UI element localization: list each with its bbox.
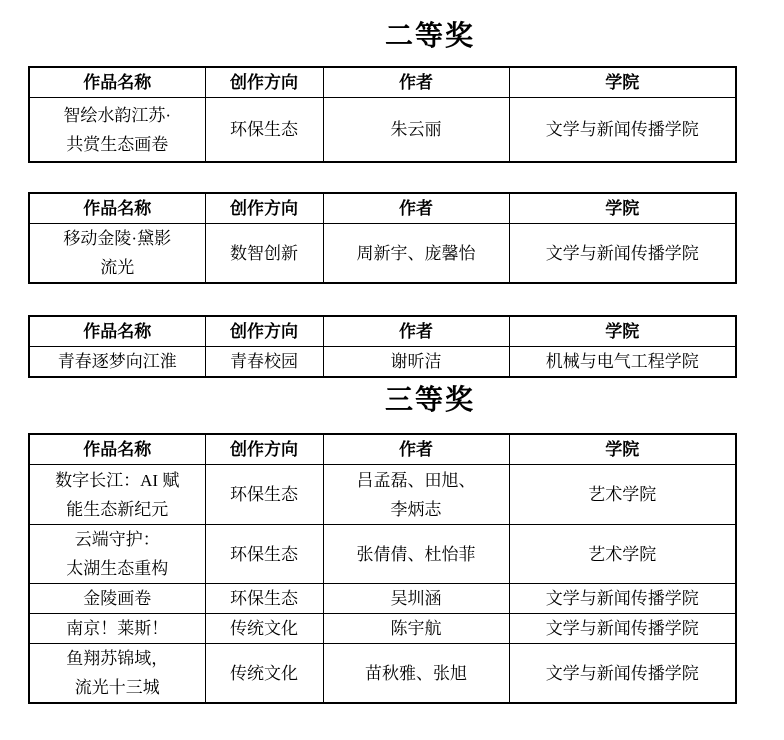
table-cell: 鱼翔苏锦域， 流光十三城 [29,644,205,704]
column-header: 创作方向 [205,67,323,98]
table-cell: 文学与新闻传播学院 [509,584,736,614]
table-cell: 吕孟磊、田旭、 李炳志 [323,465,509,525]
table-cell: 张倩倩、杜怡菲 [323,525,509,584]
table-cell: 传统文化 [205,614,323,644]
table-row: 金陵画卷环保生态吴圳涵文学与新闻传播学院 [29,584,736,614]
column-header: 学院 [509,193,736,224]
column-header: 学院 [509,316,736,347]
third-prize-table: 作品名称创作方向作者学院数字长江：AI 赋 能生态新纪元环保生态吕孟磊、田旭、 … [28,433,737,704]
column-header: 作品名称 [29,67,205,98]
table-row: 青春逐梦向江淮青春校园谢昕洁机械与电气工程学院 [29,347,736,378]
header-row: 作品名称创作方向作者学院 [29,316,736,347]
table-row: 云端守护： 太湖生态重构环保生态张倩倩、杜怡菲艺术学院 [29,525,736,584]
table-row: 智绘水韵江苏· 共赏生态画卷环保生态朱云丽文学与新闻传播学院 [29,98,736,163]
table-cell: 周新宇、庞馨怡 [323,224,509,284]
table-row: 移动金陵·黛影 流光数智创新周新宇、庞馨怡文学与新闻传播学院 [29,224,736,284]
column-header: 作者 [323,316,509,347]
table-cell: 数字长江：AI 赋 能生态新纪元 [29,465,205,525]
column-header: 作品名称 [29,434,205,465]
column-header: 创作方向 [205,193,323,224]
column-header: 作品名称 [29,316,205,347]
table-cell: 南京！莱斯！ [29,614,205,644]
table-cell: 传统文化 [205,644,323,704]
table-cell: 环保生态 [205,525,323,584]
table-cell: 文学与新闻传播学院 [509,644,736,704]
table-cell: 环保生态 [205,465,323,525]
section-title-second-prize: 二等奖 [38,20,784,54]
column-header: 学院 [509,67,736,98]
table-cell: 青春逐梦向江淮 [29,347,205,378]
table-cell: 环保生态 [205,98,323,163]
table-cell: 苗秋雅、张旭 [323,644,509,704]
table-cell: 文学与新闻传播学院 [509,98,736,163]
table-row: 南京！莱斯！传统文化陈宇航文学与新闻传播学院 [29,614,736,644]
header-row: 作品名称创作方向作者学院 [29,67,736,98]
column-header: 创作方向 [205,434,323,465]
header-row: 作品名称创作方向作者学院 [29,193,736,224]
second-prize-table-2: 作品名称创作方向作者学院移动金陵·黛影 流光数智创新周新宇、庞馨怡文学与新闻传播… [28,192,737,284]
header-row: 作品名称创作方向作者学院 [29,434,736,465]
column-header: 作者 [323,193,509,224]
column-header: 作品名称 [29,193,205,224]
table-cell: 朱云丽 [323,98,509,163]
table-cell: 数智创新 [205,224,323,284]
table-cell: 谢昕洁 [323,347,509,378]
second-prize-table-1: 作品名称创作方向作者学院智绘水韵江苏· 共赏生态画卷环保生态朱云丽文学与新闻传播… [28,66,737,163]
table-cell: 艺术学院 [509,465,736,525]
table-cell: 移动金陵·黛影 流光 [29,224,205,284]
section-title-third-prize: 三等奖 [38,384,784,418]
column-header: 作者 [323,67,509,98]
table-cell: 文学与新闻传播学院 [509,224,736,284]
table-cell: 机械与电气工程学院 [509,347,736,378]
table-cell: 金陵画卷 [29,584,205,614]
table-cell: 青春校园 [205,347,323,378]
column-header: 创作方向 [205,316,323,347]
table-cell: 陈宇航 [323,614,509,644]
table-cell: 吴圳涵 [323,584,509,614]
table-cell: 环保生态 [205,584,323,614]
table-row: 鱼翔苏锦域， 流光十三城传统文化苗秋雅、张旭文学与新闻传播学院 [29,644,736,704]
table-cell: 文学与新闻传播学院 [509,614,736,644]
table-cell: 艺术学院 [509,525,736,584]
column-header: 学院 [509,434,736,465]
table-row: 数字长江：AI 赋 能生态新纪元环保生态吕孟磊、田旭、 李炳志艺术学院 [29,465,736,525]
table-cell: 智绘水韵江苏· 共赏生态画卷 [29,98,205,163]
second-prize-table-3: 作品名称创作方向作者学院青春逐梦向江淮青春校园谢昕洁机械与电气工程学院 [28,315,737,378]
table-cell: 云端守护： 太湖生态重构 [29,525,205,584]
column-header: 作者 [323,434,509,465]
